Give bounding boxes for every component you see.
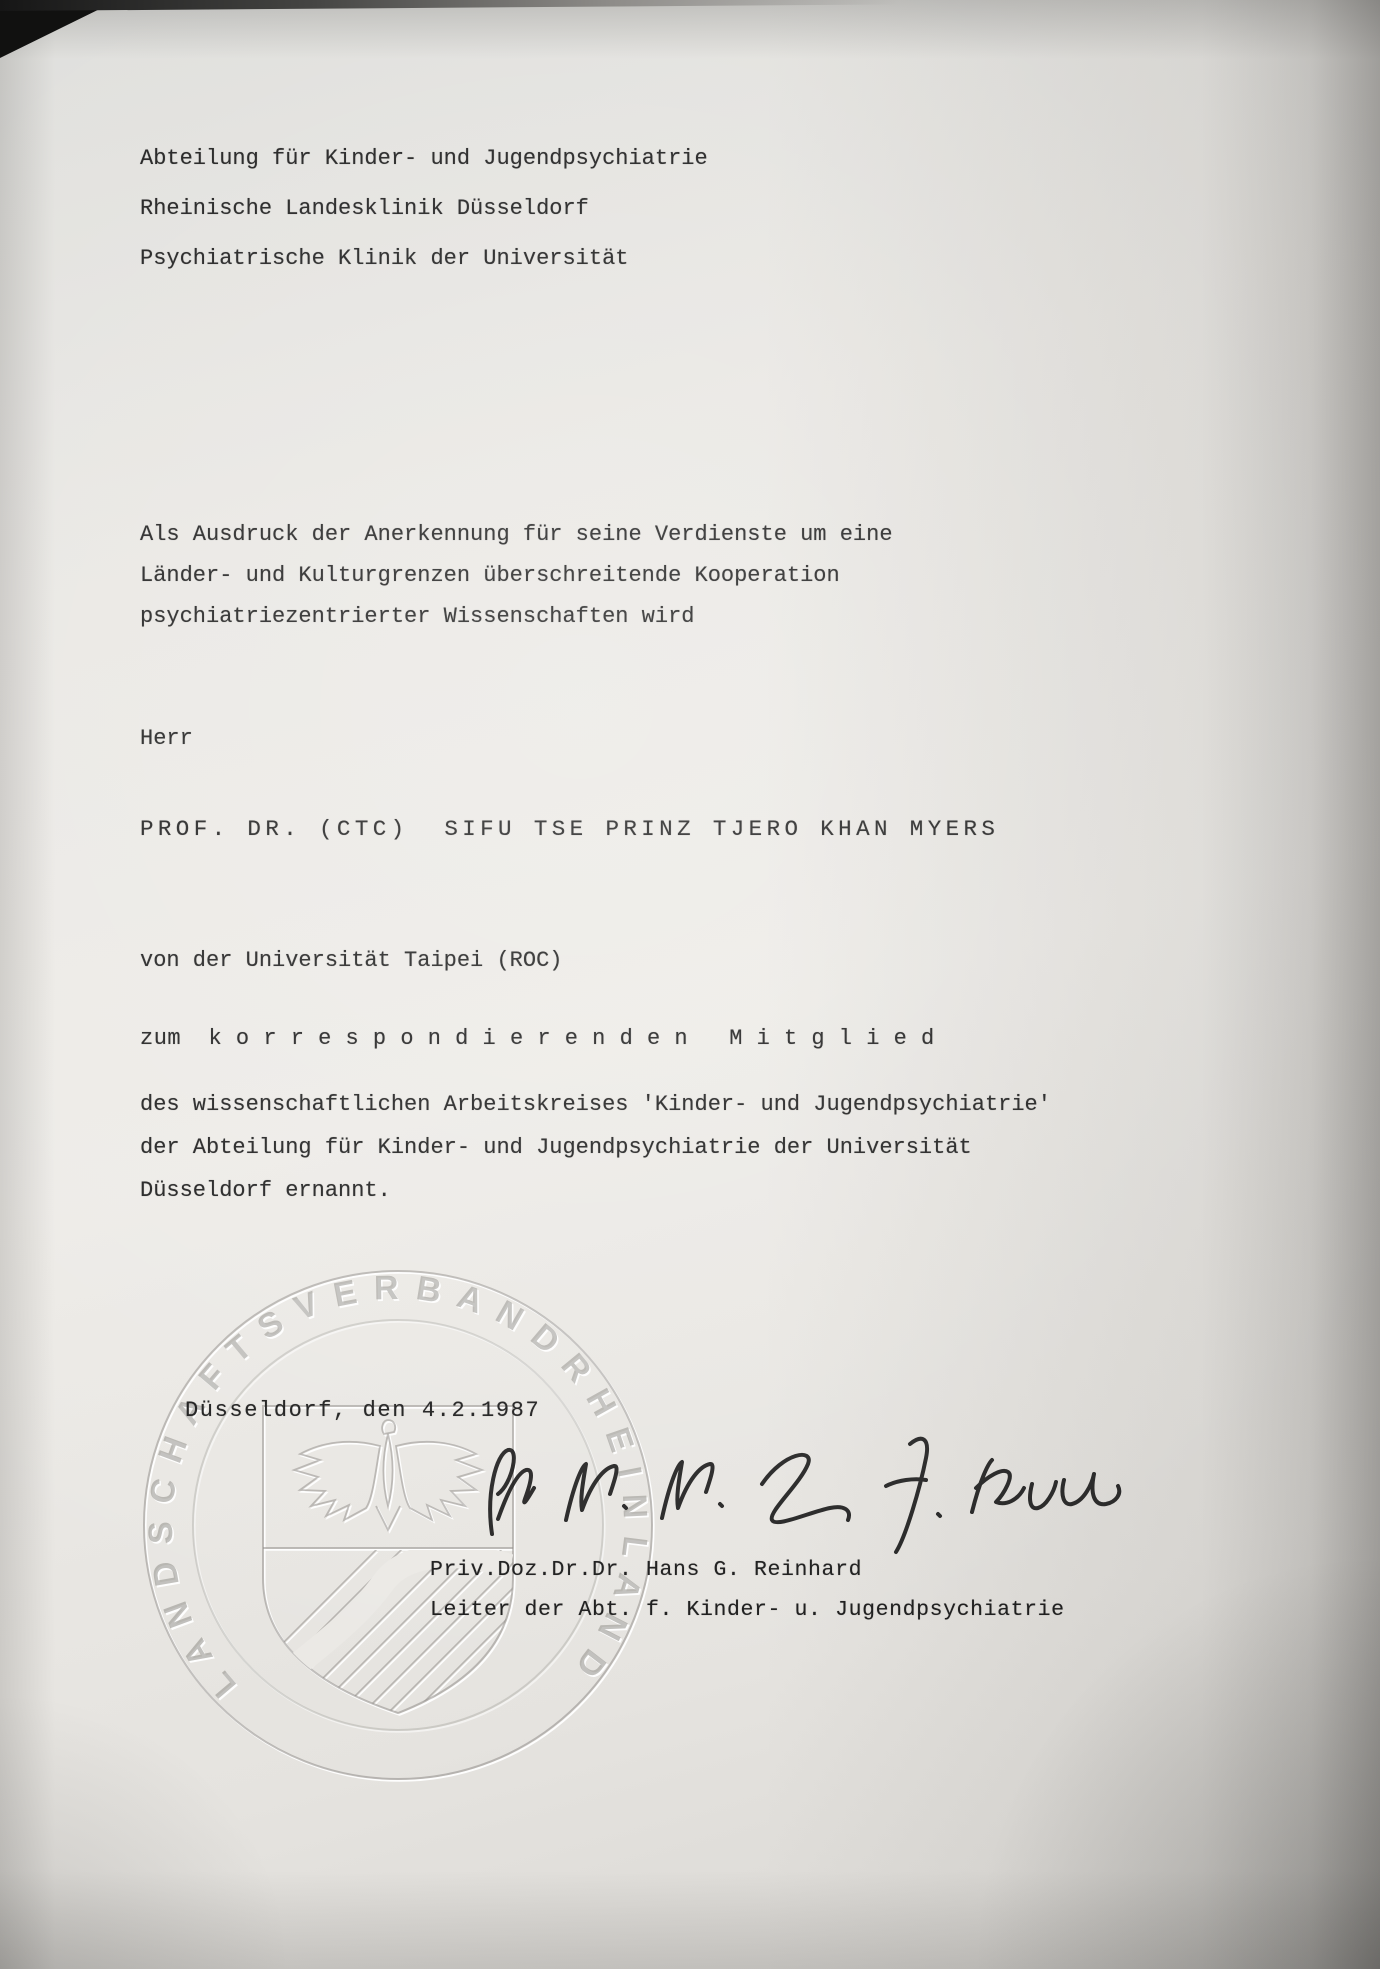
letterhead: Abteilung für Kinder- und Jugendpsychiat… xyxy=(140,134,708,284)
intro-paragraph: Als Ausdruck der Anerkennung für seine V… xyxy=(140,514,893,637)
signatory-title: Leiter der Abt. f. Kinder- u. Jugendpsyc… xyxy=(430,1590,1065,1630)
recipient-name: PROF. DR. (CTC) SIFU TSE PRINZ TJERO KHA… xyxy=(140,816,999,842)
intro-line-2: Länder- und Kulturgrenzen überschreitend… xyxy=(140,555,893,596)
body-paragraph: des wissenschaftlichen Arbeitskreises 'K… xyxy=(140,1083,1051,1212)
appointment-line: zum k o r r e s p o n d i e r e n d e n … xyxy=(140,1026,935,1051)
scanned-certificate-page: LANDSCHAFTSVERBANDRHEINLAND LANDSCHAFTSV… xyxy=(0,0,1380,1969)
intro-line-3: psychiatriezentrierter Wissenschaften wi… xyxy=(140,596,893,637)
salutation: Herr xyxy=(140,726,193,751)
dateline: Düsseldorf, den 4.2.1987 xyxy=(185,1398,540,1423)
intro-line-1: Als Ausdruck der Anerkennung für seine V… xyxy=(140,514,893,555)
origin-line: von der Universität Taipei (ROC) xyxy=(140,948,562,973)
body-line-1: des wissenschaftlichen Arbeitskreises 'K… xyxy=(140,1083,1051,1126)
letterhead-line-2: Rheinische Landesklinik Düsseldorf xyxy=(140,184,708,234)
body-line-2: der Abteilung für Kinder- und Jugendpsyc… xyxy=(140,1126,1051,1169)
body-line-3: Düsseldorf ernannt. xyxy=(140,1169,1051,1212)
handwritten-signature xyxy=(462,1424,1127,1564)
letterhead-line-1: Abteilung für Kinder- und Jugendpsychiat… xyxy=(140,134,708,184)
letterhead-line-3: Psychiatrische Klinik der Universität xyxy=(140,234,708,284)
top-edge-shadow xyxy=(0,0,900,11)
